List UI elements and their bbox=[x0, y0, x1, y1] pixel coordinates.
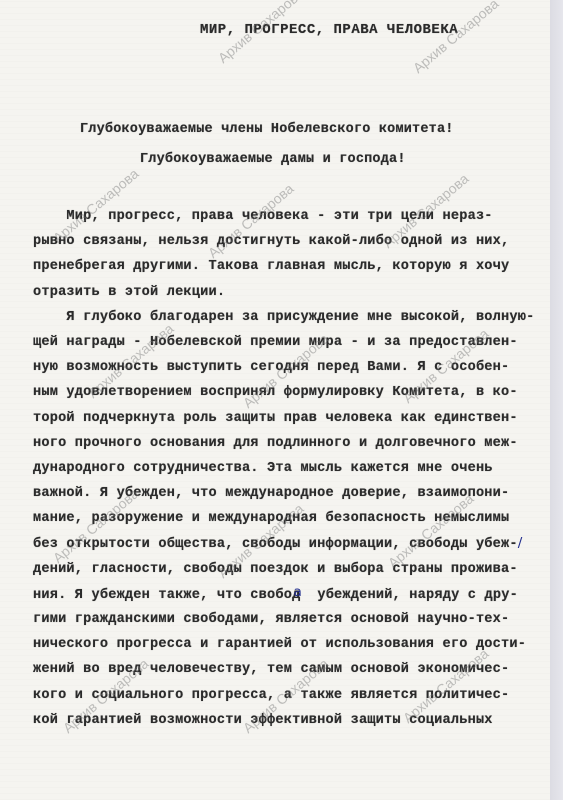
text-line: ным удовлетворением воспринял формулиров… bbox=[33, 380, 534, 405]
text-line: пренебрегая другими. Такова главная мысл… bbox=[33, 254, 534, 279]
text-line: мание, разоружение и международная безоп… bbox=[33, 506, 534, 531]
text-line: важной. Я убежден, что международное дов… bbox=[33, 481, 534, 506]
text-line: рывно связаны, нельзя достигнуть какой-л… bbox=[33, 229, 534, 254]
handwritten-mark: а bbox=[293, 584, 302, 600]
text-line: нического прогресса и гарантией от испол… bbox=[33, 632, 534, 657]
text-line: Я глубоко благодарен за присуждение мне … bbox=[33, 305, 534, 330]
text-line: ния. Я убежден также, что свобода убежде… bbox=[33, 582, 534, 607]
handwritten-mark: / bbox=[518, 535, 523, 551]
text-line: гими гражданскими свободами, является ос… bbox=[33, 607, 534, 632]
page-edge bbox=[550, 0, 563, 800]
text-line: щей награды - Нобелевской премии мира - … bbox=[33, 330, 534, 355]
text-line: отразить в этой лекции. bbox=[33, 280, 534, 305]
document-title: МИР, ПРОГРЕСС, ПРАВА ЧЕЛОВЕКА bbox=[200, 22, 458, 38]
text-line: дународного сотрудничества. Эта мысль ка… bbox=[33, 456, 534, 481]
text-line: без открытости общества, свободы информа… bbox=[33, 531, 534, 556]
text-line: ную возможность выступить сегодня перед … bbox=[33, 355, 534, 380]
text-line: Мир, прогресс, права человека - эти три … bbox=[33, 204, 534, 229]
text-line: дений, гласности, свободы поездок и выбо… bbox=[33, 557, 534, 582]
salutation-audience: Глубокоуважаемые дамы и господа! bbox=[140, 152, 406, 167]
text-line: кого и социального прогресса, а также яв… bbox=[33, 683, 534, 708]
text-line: ного прочного основания для подлинного и… bbox=[33, 431, 534, 456]
text-line: кой гарантией возможности эффективной за… bbox=[33, 708, 534, 733]
salutation-committee: Глубокоуважаемые члены Нобелевского коми… bbox=[80, 122, 454, 137]
text-line: жений во вред человечеству, тем самым ос… bbox=[33, 657, 534, 682]
lecture-body: Мир, прогресс, права человека - эти три … bbox=[33, 204, 534, 733]
text-line: торой подчеркнута роль защиты прав челов… bbox=[33, 406, 534, 431]
